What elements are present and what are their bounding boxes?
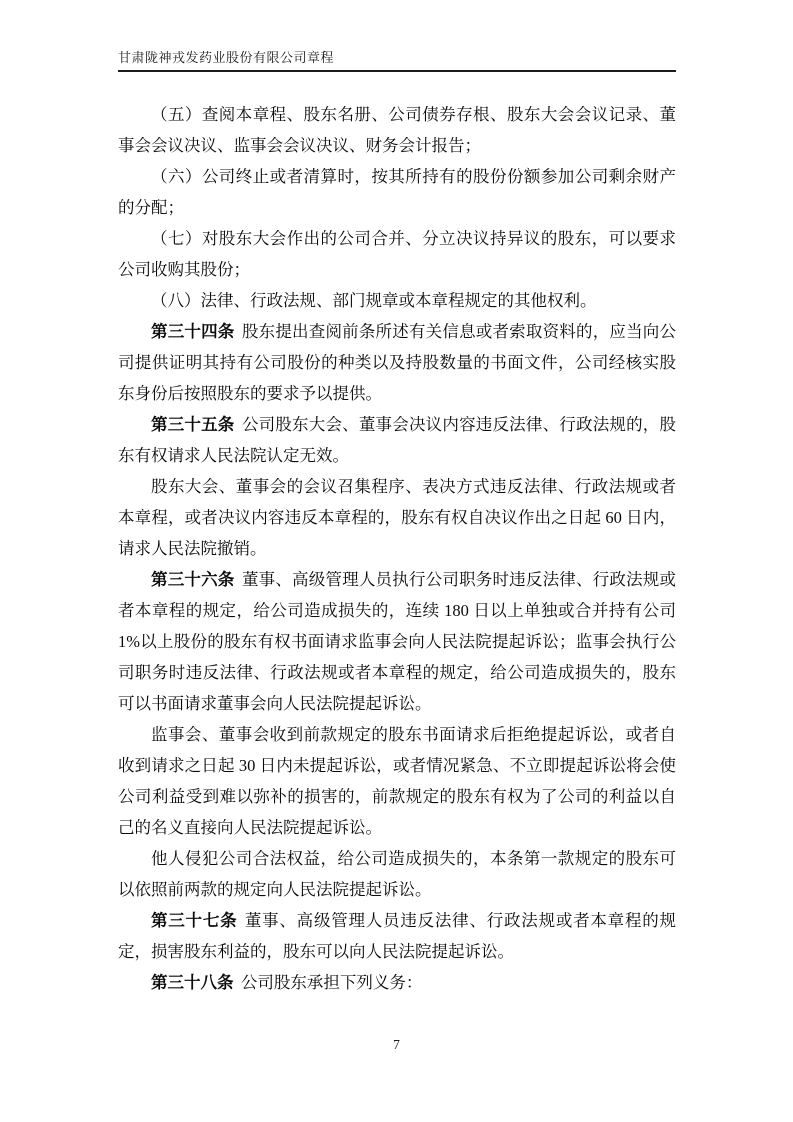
paragraph: 第三十八条公司股东承担下列义务： [118,967,676,998]
paragraph: 第三十六条董事、高级管理人员执行公司职务时违反法律、行政法规或者本章程的规定，给… [118,564,676,719]
paragraph-text: （六）公司终止或者清算时，按其所持有的股份份额参加公司剩余财产的分配； [118,167,676,217]
paragraph: 他人侵犯公司合法权益，给公司造成损失的，本条第一款规定的股东可以依照前两款的规定… [118,843,676,905]
document-page: 甘肃陇神戎发药业股份有限公司章程 （五）查阅本章程、股东名册、公司债券存根、股东… [0,0,793,1122]
paragraph-text: 公司股东承担下列义务： [241,973,423,992]
paragraph: （八）法律、行政法规、部门规章或本章程规定的其他权利。 [118,285,676,316]
document-body: （五）查阅本章程、股东名册、公司债券存根、股东大会会议记录、董事会会议决议、监事… [118,99,676,998]
paragraph-text: 董事、高级管理人员执行公司职务时违反法律、行政法规或者本章程的规定，给公司造成损… [118,570,676,713]
paragraph: 股东大会、董事会的会议召集程序、表决方式违反法律、行政法规或者本章程，或者决议内… [118,471,676,564]
paragraph: （五）查阅本章程、股东名册、公司债券存根、股东大会会议记录、董事会会议决议、监事… [118,99,676,161]
paragraph-text: 他人侵犯公司合法权益，给公司造成损失的，本条第一款规定的股东可以依照前两款的规定… [118,849,676,899]
paragraph-text: （八）法律、行政法规、部门规章或本章程规定的其他权利。 [151,291,597,310]
paragraph: （七）对股东大会作出的公司合并、分立决议持异议的股东，可以要求公司收购其股份； [118,223,676,285]
page-header: 甘肃陇神戎发药业股份有限公司章程 [118,50,676,72]
article-number: 第三十七条 [151,911,237,930]
paragraph-text: 监事会、董事会收到前款规定的股东书面请求后拒绝提起诉讼，或者自收到请求之日起 3… [118,725,676,837]
paragraph: 第三十五条公司股东大会、董事会决议内容违反法律、行政法规的，股东有权请求人民法院… [118,409,676,471]
paragraph: 第三十四条股东提出查阅前条所述有关信息或者索取资料的，应当向公司提供证明其持有公… [118,316,676,409]
paragraph: 第三十七条董事、高级管理人员违反法律、行政法规或者本章程的规定，损害股东利益的，… [118,905,676,967]
article-number: 第三十八条 [151,973,234,992]
article-number: 第三十四条 [151,322,235,341]
document-title: 甘肃陇神戎发药业股份有限公司章程 [118,50,334,65]
paragraph: （六）公司终止或者清算时，按其所持有的股份份额参加公司剩余财产的分配； [118,161,676,223]
paragraph: 监事会、董事会收到前款规定的股东书面请求后拒绝提起诉讼，或者自收到请求之日起 3… [118,719,676,843]
paragraph-text: （七）对股东大会作出的公司合并、分立决议持异议的股东，可以要求公司收购其股份； [118,229,676,279]
paragraph-text: 股东大会、董事会的会议召集程序、表决方式违反法律、行政法规或者本章程，或者决议内… [118,477,676,558]
paragraph-text: （五）查阅本章程、股东名册、公司债券存根、股东大会会议记录、董事会会议决议、监事… [118,105,676,155]
article-number: 第三十六条 [151,570,235,589]
page-number: 7 [0,1037,793,1053]
article-number: 第三十五条 [151,415,235,434]
